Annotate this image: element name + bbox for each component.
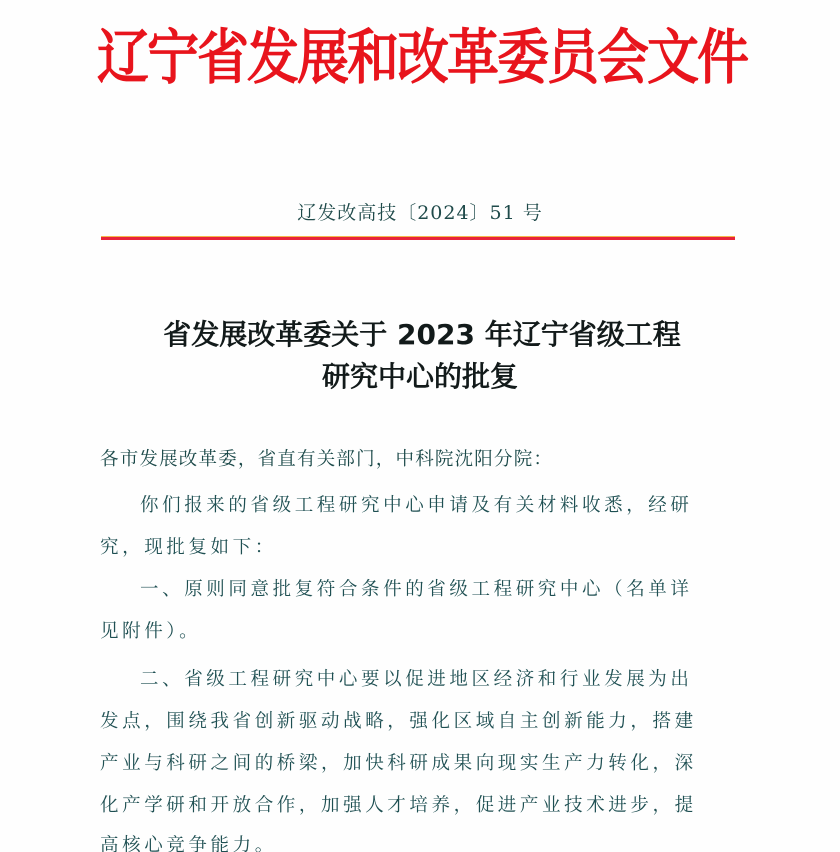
paragraph-3-line-3: 产业与科研之间的桥梁，加快科研成果向现实生产力转化，深	[100, 749, 740, 775]
paragraph-3-line-1: 二、省级工程研究中心要以促进地区经济和行业发展为出	[140, 665, 780, 691]
document-number: 辽发改高技〔2024〕51 号	[0, 198, 840, 225]
paragraph-2-line-1: 一、原则同意批复符合条件的省级工程研究中心（名单详	[140, 575, 780, 601]
masthead-title: 辽宁省发展和改革委员会文件	[82, 18, 762, 99]
paragraph-3-line-2: 发点，围绕我省创新驱动战略，强化区域自主创新能力，搭建	[100, 707, 740, 733]
document-title-line-2: 研究中心的批复	[0, 355, 840, 395]
paragraph-2-line-2: 见附件）。	[100, 617, 740, 643]
paragraph-1-line-2: 究，现批复如下：	[100, 533, 740, 559]
document-title-line-1: 省发展改革委关于 2023 年辽宁省级工程	[2, 313, 840, 353]
document-page: 辽宁省发展和改革委员会文件 辽发改高技〔2024〕51 号 省发展改革委关于 2…	[0, 0, 840, 852]
paragraph-3-line-5: 高核心竞争能力。	[100, 831, 740, 852]
salutation: 各市发展改革委，省直有关部门，中科院沈阳分院：	[100, 445, 740, 471]
paragraph-3-line-4: 化产学研和开放合作，加强人才培养，促进产业技术进步，提	[100, 791, 740, 817]
paragraph-1-line-1: 你们报来的省级工程研究中心申请及有关材料收悉，经研	[140, 491, 780, 517]
red-divider-line	[101, 237, 735, 240]
